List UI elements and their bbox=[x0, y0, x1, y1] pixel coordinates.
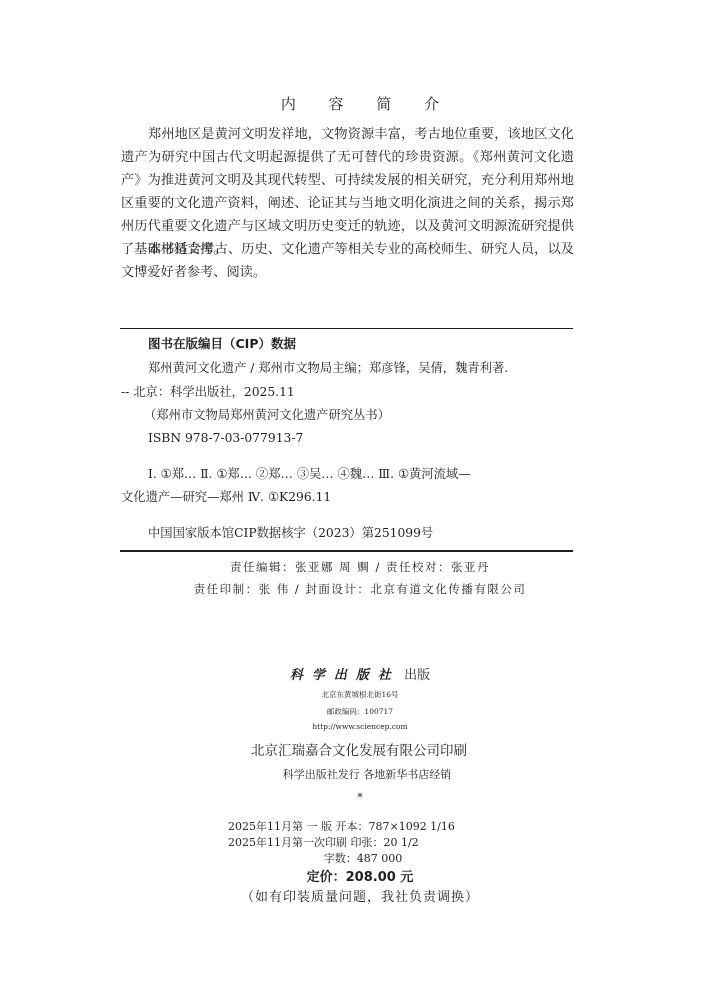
publisher-suffix: 出版 bbox=[404, 668, 430, 683]
cip-isbn: ISBN 978-7-03-077913-7 bbox=[148, 428, 303, 448]
impression-line: 2025年11月第一次印刷 印张：20 1/2 bbox=[228, 834, 419, 850]
publisher-url: http://www.sciencep.com bbox=[0, 722, 720, 731]
printer-line: 北京汇瑞嘉合文化发展有限公司印刷 bbox=[0, 739, 719, 759]
distribution-line: 科学出版社发行 各地新华书店经销 bbox=[7, 766, 720, 782]
publisher-line: 科学出版社 出版 bbox=[0, 664, 720, 683]
publisher-address: 北京东黄城根北街16号 bbox=[0, 689, 720, 700]
cip-heading: 图书在版编目（CIP）数据 bbox=[148, 334, 296, 354]
price: 定价：208.00 元 bbox=[0, 866, 720, 885]
cip-top-rule bbox=[120, 328, 573, 329]
edition-line: 2025年11月第 一 版 开本：787×1092 1/16 bbox=[228, 818, 455, 834]
publisher-logo: 科学出版社 bbox=[290, 668, 400, 683]
quality-note: （如有印装质量问题，我社负责调换） bbox=[0, 886, 720, 905]
word-count: 字数：487 000 bbox=[3, 850, 720, 866]
cip-series-line: （郑州市文物局郑州黄河文化遗产研究丛书） bbox=[144, 405, 390, 425]
intro-paragraph-2: 本书适合考古、历史、文化遗产等相关专业的高校师生、研究人员，以及文博爱好者参考、… bbox=[121, 238, 574, 284]
cip-publisher-line: -- 北京：科学出版社，2025.11 bbox=[121, 382, 295, 402]
cip-classification-2: 文化遗产—研究—郑州 Ⅳ. ①K296.11 bbox=[121, 487, 331, 507]
publisher-postcode: 邮政编码：100717 bbox=[0, 706, 720, 717]
credits-editors: 责任编辑：张亚娜 周 赒 / 责任校对：张亚丹 bbox=[0, 559, 720, 575]
cip-bottom-rule bbox=[120, 550, 573, 552]
cip-classification-1: Ⅰ. ①郑… Ⅱ. ①郑… ②郑… ③吴… ④魏… Ⅲ. ①黄河流域— bbox=[148, 464, 471, 484]
intro-title: 内 容 简 介 bbox=[0, 93, 720, 114]
credits-production: 责任印制：张 伟 / 封面设计：北京有道文化传播有限公司 bbox=[0, 581, 720, 597]
cip-title-line: 郑州黄河文化遗产 / 郑州市文物局主编；郑彦锋，吴倩，魏青利著. bbox=[148, 358, 508, 378]
separator-asterisk: * bbox=[0, 791, 720, 804]
cip-record-number: 中国国家版本馆CIP数据核字（2023）第251099号 bbox=[148, 523, 433, 543]
